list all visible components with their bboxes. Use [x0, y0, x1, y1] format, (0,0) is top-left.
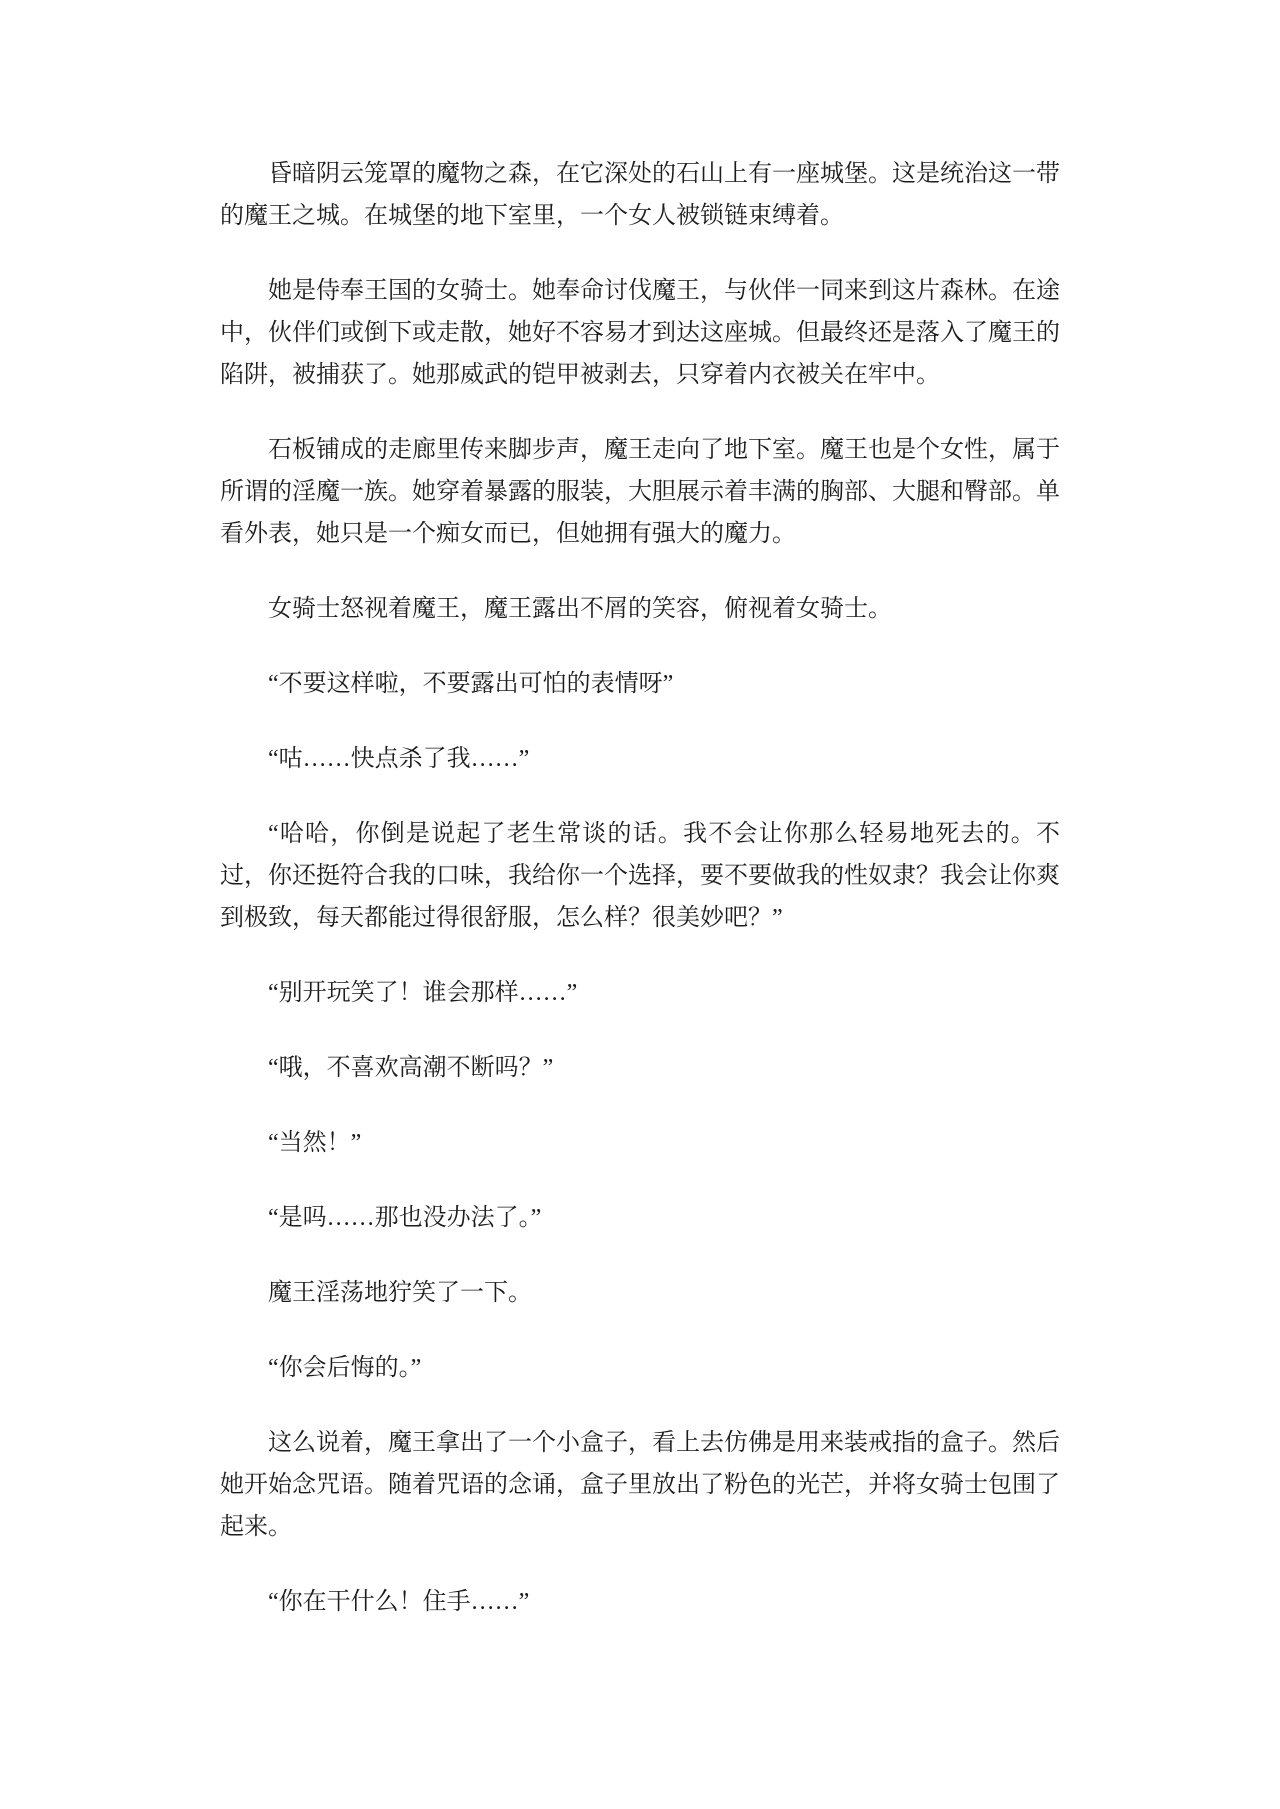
dialogue-paragraph: “你会后悔的。”	[220, 1347, 1060, 1389]
narration-paragraph: 这么说着，魔王拿出了一个小盒子，看上去仿佛是用来装戒指的盒子。然后她开始念咒语。…	[220, 1422, 1060, 1548]
dialogue-paragraph: “别开玩笑了！谁会那样……”	[220, 972, 1060, 1014]
narration-paragraph: 石板铺成的走廊里传来脚步声，魔王走向了地下室。魔王也是个女性，属于所谓的淫魔一族…	[220, 429, 1060, 555]
dialogue-paragraph: “哦，不喜欢高潮不断吗？”	[220, 1047, 1060, 1089]
dialogue-paragraph: “咕……快点杀了我……”	[220, 738, 1060, 780]
document-body: 昏暗阴云笼罩的魔物之森，在它深处的石山上有一座城堡。这是统治这一带的魔王之城。在…	[220, 153, 1060, 1623]
dialogue-paragraph: “你在干什么！住手……”	[220, 1581, 1060, 1623]
dialogue-paragraph: “哈哈，你倒是说起了老生常谈的话。我不会让你那么轻易地死去的。不过，你还挺符合我…	[220, 813, 1060, 939]
dialogue-paragraph: “不要这样啦，不要露出可怕的表情呀”	[220, 663, 1060, 705]
narration-paragraph: 魔王淫荡地狞笑了一下。	[220, 1272, 1060, 1314]
document-page: 昏暗阴云笼罩的魔物之森，在它深处的石山上有一座城堡。这是统治这一带的魔王之城。在…	[0, 0, 1280, 1809]
dialogue-paragraph: “当然！”	[220, 1122, 1060, 1164]
narration-paragraph: 她是侍奉王国的女骑士。她奉命讨伐魔王，与伙伴一同来到这片森林。在途中，伙伴们或倒…	[220, 270, 1060, 396]
narration-paragraph: 昏暗阴云笼罩的魔物之森，在它深处的石山上有一座城堡。这是统治这一带的魔王之城。在…	[220, 153, 1060, 237]
narration-paragraph: 女骑士怒视着魔王，魔王露出不屑的笑容，俯视着女骑士。	[220, 588, 1060, 630]
dialogue-paragraph: “是吗……那也没办法了。”	[220, 1197, 1060, 1239]
